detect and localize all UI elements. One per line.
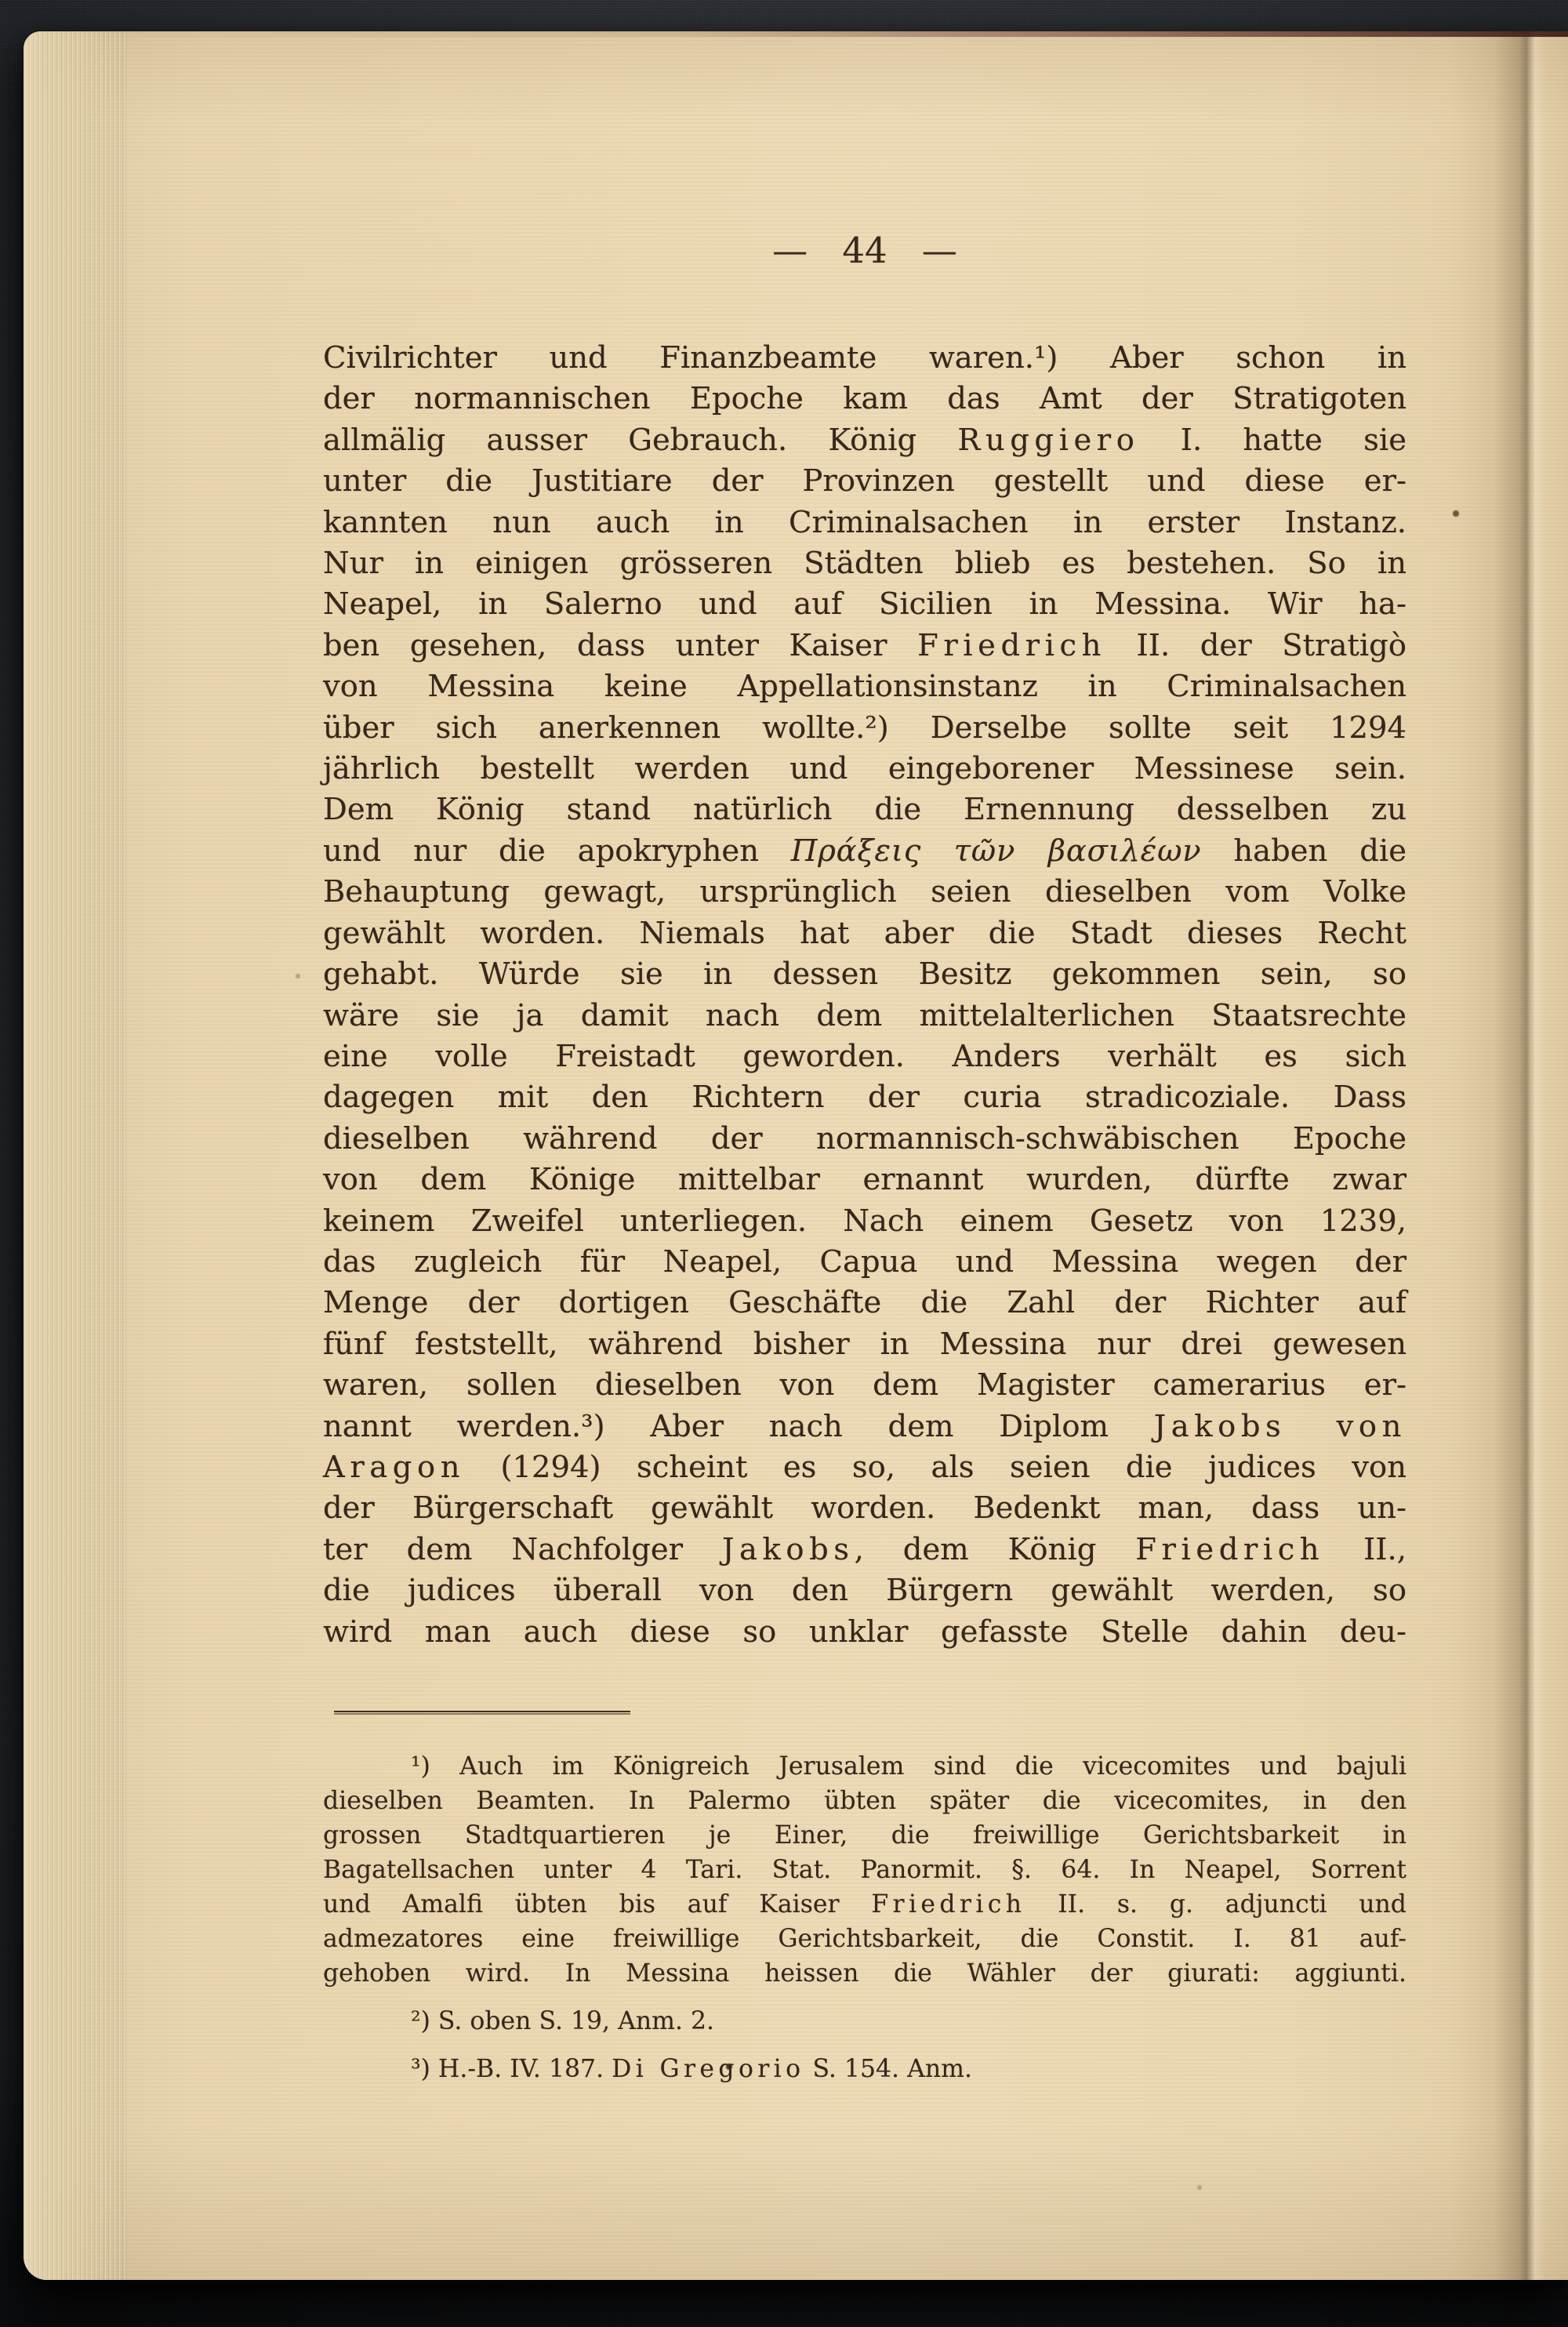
text-segment: der normannischen Epoche kam das Amt der… <box>323 381 1406 416</box>
footnotes-block: ¹) Auch im Königreich Jerusalem sind die… <box>323 1749 1406 2086</box>
body-text-line: ter dem Nachfolger Jakobs, dem König Fri… <box>323 1530 1406 1570</box>
text-segment: Civilrichter und Finanzbeamte waren.¹) A… <box>323 340 1406 376</box>
body-text-line: und nur die apokryphen Πράξεις τῶν βασιλ… <box>323 831 1406 872</box>
text-segment: Nur in einigen grösseren Städten blieb e… <box>323 546 1406 581</box>
text-segment: gehabt. Würde sie in dessen Besitz gekom… <box>323 957 1406 992</box>
footnote: ²) S. oben S. 19, Anm. 2. <box>323 2004 1406 2038</box>
text-segment: und nur die apokryphen <box>323 833 791 869</box>
text-segment: ²) S. oben S. 19, Anm. 2. <box>411 2007 714 2035</box>
text-segment: dieselben Beamten. In Palermo übten spät… <box>323 1787 1406 1815</box>
text-segment: wäre sie ja damit nach dem mittelalterli… <box>323 998 1406 1033</box>
footnote-line: dieselben Beamten. In Palermo übten spät… <box>323 1784 1406 1818</box>
text-segment: keinem Zweifel unterliegen. Nach einem G… <box>323 1203 1406 1239</box>
text-segment: jährlich bestellt werden und eingeborene… <box>323 751 1406 786</box>
text-segment: eine volle Freistadt geworden. Anders ve… <box>323 1039 1406 1074</box>
body-text-line: Nur in einigen grösseren Städten blieb e… <box>323 543 1406 584</box>
body-text-line: nannt werden.³) Aber nach dem Diplom Jak… <box>323 1407 1406 1447</box>
body-text-line: von dem Könige mittelbar ernannt wurden,… <box>323 1160 1406 1200</box>
text-segment: dieselben während der normannisch-schwäb… <box>323 1121 1406 1156</box>
letterspaced-text: Jakobs von <box>1154 1409 1406 1444</box>
text-segment: grossen Stadtquartieren je Einer, die fr… <box>323 1821 1406 1850</box>
body-text-line: dieselben während der normannisch-schwäb… <box>323 1119 1406 1160</box>
text-segment: über sich anerkennen wollte.²) Derselbe … <box>323 710 1406 746</box>
letterspaced-text: Di Gregorio <box>612 2055 804 2083</box>
body-text-line: der normannischen Epoche kam das Amt der… <box>323 379 1406 419</box>
body-text-line: das zugleich für Neapel, Capua und Messi… <box>323 1242 1406 1283</box>
footnote-separator <box>334 1711 630 1715</box>
body-text-line: unter die Justitiare der Provinzen geste… <box>323 461 1406 502</box>
body-text-line: wäre sie ja damit nach dem mittelalterli… <box>323 996 1406 1036</box>
body-text-line: Civilrichter und Finanzbeamte waren.¹) A… <box>323 338 1406 379</box>
body-text-line: waren, sollen dieselben von dem Magister… <box>323 1365 1406 1406</box>
text-segment: ter dem Nachfolger <box>323 1532 722 1567</box>
text-segment: von dem Könige mittelbar ernannt wurden,… <box>323 1162 1406 1197</box>
footnote-line: admezatores eine freiwillige Gerichtsbar… <box>323 1922 1406 1956</box>
text-segment: II. s. g. adjuncti und <box>1025 1890 1406 1919</box>
text-segment: Behauptung gewagt, ursprünglich seien di… <box>323 874 1406 909</box>
body-text-line: gehabt. Würde sie in dessen Besitz gekom… <box>323 954 1406 995</box>
letterspaced-text: Friedrich <box>1135 1532 1324 1567</box>
text-segment: waren, sollen dieselben von dem Magister… <box>323 1367 1406 1403</box>
footnote-line: ¹) Auch im Königreich Jerusalem sind die… <box>323 1749 1406 1784</box>
text-segment: fünf feststellt, während bisher in Messi… <box>323 1327 1406 1362</box>
text-segment: ³) H.-B. IV. 187. <box>411 2055 612 2083</box>
body-text-line: kannten nun auch in Criminalsachen in er… <box>323 503 1406 543</box>
text-segment: und Amalfi übten bis auf Kaiser <box>323 1890 871 1919</box>
scanner-background: — 44 — Civilrichter und Finanzbeamte war… <box>0 0 1568 2327</box>
text-segment: die judices überall von den Bürgern gewä… <box>323 1573 1406 1608</box>
body-text-line: Neapel, in Salerno und auf Sicilien in M… <box>323 584 1406 625</box>
body-text-line: fünf feststellt, während bisher in Messi… <box>323 1324 1406 1365</box>
text-segment: der Bürgerschaft gewählt worden. Bedenkt… <box>323 1490 1406 1526</box>
body-text-line: die judices überall von den Bürgern gewä… <box>323 1570 1406 1611</box>
text-segment: I. hatte sie <box>1139 423 1406 458</box>
text-segment: das zugleich für Neapel, Capua und Messi… <box>323 1244 1406 1280</box>
body-text-line: Menge der dortigen Geschäfte die Zahl de… <box>323 1283 1406 1323</box>
greek-italic-text: Πράξεις τῶν βασιλέων <box>791 833 1202 869</box>
footnote-line: gehoben wird. In Messina heissen die Wäh… <box>323 1956 1406 1991</box>
footnote-line: ²) S. oben S. 19, Anm. 2. <box>323 2004 1406 2038</box>
text-segment: kannten nun auch in Criminalsachen in er… <box>323 505 1406 540</box>
body-text-line: keinem Zweifel unterliegen. Nach einem G… <box>323 1201 1406 1242</box>
body-text-line: über sich anerkennen wollte.²) Derselbe … <box>323 708 1406 749</box>
text-segment: von Messina keine Appellationsinstanz in… <box>323 669 1406 704</box>
text-segment: II., <box>1324 1532 1406 1567</box>
letterspaced-text: Jakobs <box>722 1532 855 1567</box>
text-segment: (1294) scheint es so, als seien die judi… <box>465 1450 1406 1485</box>
footnote-line: ³) H.-B. IV. 187. Di Gregorio S. 154. An… <box>323 2052 1406 2086</box>
body-text-line: von Messina keine Appellationsinstanz in… <box>323 666 1406 707</box>
body-text-line: wird man auch diese so unklar gefasste S… <box>323 1612 1406 1653</box>
text-segment: S. 154. Anm. <box>804 2055 972 2083</box>
text-segment: haben die <box>1201 833 1406 869</box>
letterspaced-text: Friedrich <box>871 1890 1025 1919</box>
text-segment: wird man auch diese so unklar gefasste S… <box>323 1614 1406 1650</box>
body-text-line: gewählt worden. Niemals hat aber die Sta… <box>323 913 1406 954</box>
letterspaced-text: Ruggiero <box>957 423 1139 458</box>
letterspaced-text: Friedrich <box>917 628 1106 663</box>
body-text-line: der Bürgerschaft gewählt worden. Bedenkt… <box>323 1488 1406 1529</box>
footnote: ¹) Auch im Königreich Jerusalem sind die… <box>323 1749 1406 1991</box>
text-segment: Bagatellsachen unter 4 Tari. Stat. Panor… <box>323 1856 1406 1884</box>
text-segment: Neapel, in Salerno und auf Sicilien in M… <box>323 586 1406 622</box>
page-content: — 44 — Civilrichter und Finanzbeamte war… <box>323 31 1406 2086</box>
body-text-line: allmälig ausser Gebrauch. König Ruggiero… <box>323 420 1406 461</box>
book-page: — 44 — Civilrichter und Finanzbeamte war… <box>24 31 1568 2280</box>
body-text-line: ben gesehen, dass unter Kaiser Friedrich… <box>323 626 1406 666</box>
footnote-line: Bagatellsachen unter 4 Tari. Stat. Panor… <box>323 1853 1406 1887</box>
text-segment: nannt werden.³) Aber nach dem Diplom <box>323 1409 1154 1444</box>
text-segment: unter die Justitiare der Provinzen geste… <box>323 463 1406 499</box>
text-segment: II. der Stratigò <box>1106 628 1406 663</box>
body-text-line: Behauptung gewagt, ursprünglich seien di… <box>323 872 1406 913</box>
book-gutter-crease <box>1450 31 1568 2280</box>
body-text-line: dagegen mit den Richtern der curia strad… <box>323 1077 1406 1118</box>
footnote: ³) H.-B. IV. 187. Di Gregorio S. 154. An… <box>323 2052 1406 2086</box>
text-segment: ben gesehen, dass unter Kaiser <box>323 628 917 663</box>
text-segment: allmälig ausser Gebrauch. König <box>323 423 957 458</box>
text-segment: ¹) Auch im Königreich Jerusalem sind die… <box>411 1752 1406 1781</box>
page-number-text: — 44 — <box>772 230 957 271</box>
text-segment: admezatores eine freiwillige Gerichtsbar… <box>323 1925 1406 1953</box>
body-text-line: Dem König stand natürlich die Ernennung … <box>323 790 1406 830</box>
letterspaced-text: Aragon <box>323 1450 465 1485</box>
main-text-block: Civilrichter und Finanzbeamte waren.¹) A… <box>323 338 1406 1653</box>
page-number: — 44 — <box>323 230 1406 267</box>
body-text-line: Aragon (1294) scheint es so, als seien d… <box>323 1447 1406 1488</box>
body-text-line: jährlich bestellt werden und eingeborene… <box>323 749 1406 790</box>
body-text-line: eine volle Freistadt geworden. Anders ve… <box>323 1036 1406 1077</box>
text-segment: Menge der dortigen Geschäfte die Zahl de… <box>323 1285 1406 1320</box>
page-stack-fore-edge <box>24 31 127 2280</box>
text-segment: , dem König <box>855 1532 1136 1567</box>
text-segment: Dem König stand natürlich die Ernennung … <box>323 792 1406 827</box>
text-segment: gehoben wird. In Messina heissen die Wäh… <box>323 1959 1406 1988</box>
footnote-line: und Amalfi übten bis auf Kaiser Friedric… <box>323 1887 1406 1922</box>
text-segment: dagegen mit den Richtern der curia strad… <box>323 1080 1406 1115</box>
footnote-line: grossen Stadtquartieren je Einer, die fr… <box>323 1818 1406 1853</box>
text-segment: gewählt worden. Niemals hat aber die Sta… <box>323 916 1406 951</box>
